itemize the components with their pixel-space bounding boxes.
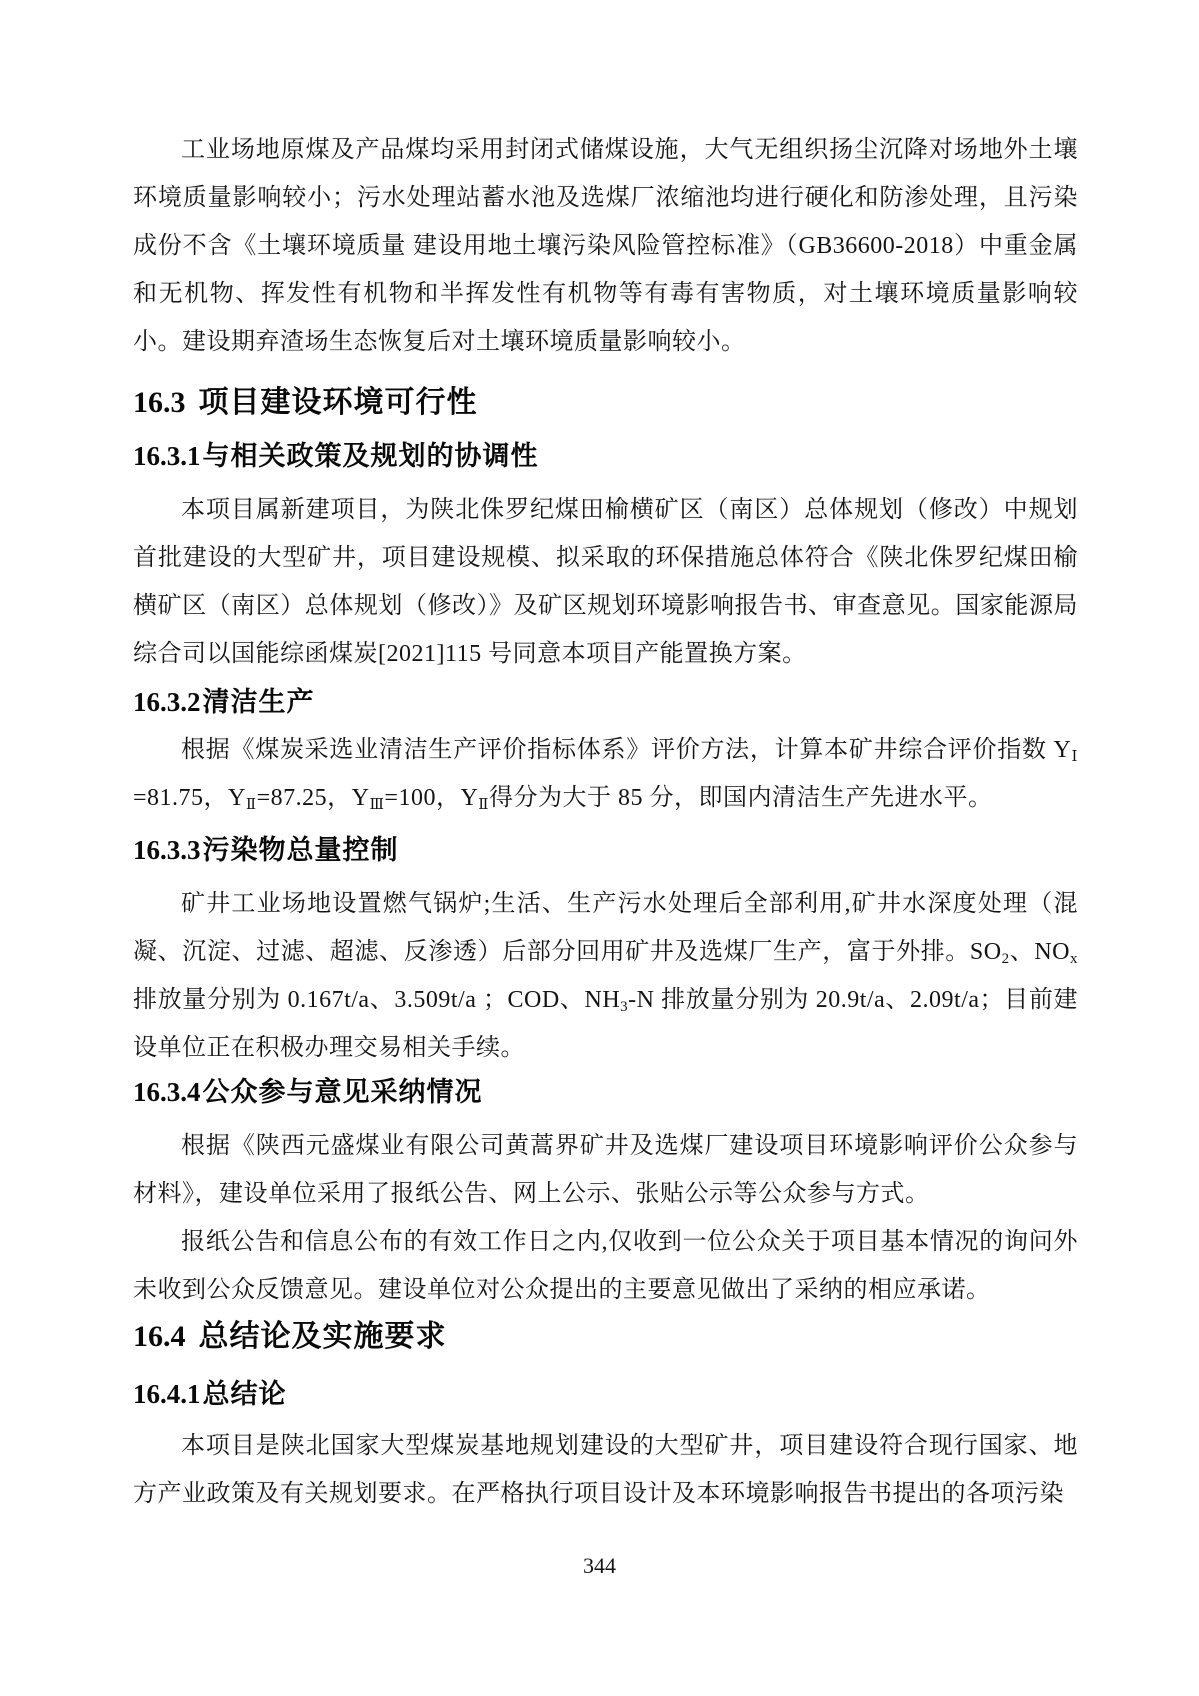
section-heading-16-3-2: 16.3.2清洁生产 <box>133 682 1078 722</box>
text-run: 得分为大于 85 分，即国内清洁生产先进水平。 <box>489 785 993 811</box>
heading-number: 16.3.3 <box>133 835 201 865</box>
section-heading-16-3-1: 16.3.1与相关政策及规划的协调性 <box>133 436 1078 476</box>
subscript-run: Ⅲ <box>369 797 384 813</box>
text-run: 排放量分别为 0.167t/a、3.509t/a ；COD、NH <box>133 987 620 1013</box>
text-run: 、NO <box>1010 939 1070 965</box>
heading-number: 16.3.2 <box>133 687 201 717</box>
heading-text: 与相关政策及规划的协调性 <box>203 441 539 471</box>
section-heading-16-3: 16.3项目建设环境可行性 <box>133 380 1078 426</box>
heading-text: 公众参与意见采纳情况 <box>203 1077 483 1107</box>
subscript-run: x <box>1070 951 1078 967</box>
text-run: =81.75，Y <box>133 785 246 811</box>
heading-number: 16.3 <box>133 386 186 419</box>
heading-text: 污染物总量控制 <box>203 835 399 865</box>
subscript-run: Ⅱ <box>246 797 257 813</box>
section-heading-16-3-3: 16.3.3污染物总量控制 <box>133 830 1078 870</box>
document-content: 工业场地原煤及产品煤均采用封闭式储煤设施，大气无组织扬尘沉降对场地外土壤环境质量… <box>133 0 1078 1518</box>
heading-number: 16.3.1 <box>133 441 201 471</box>
text-run: 矿井工业场地设置燃气锅炉;生活、生产污水处理后全部利用,矿井水深度处理（混凝、沉… <box>133 891 1078 965</box>
paragraph-overall-conclusion: 本项目是陕北国家大型煤炭基地规划建设的大型矿井，项目建设符合现行国家、地方产业政… <box>133 1422 1078 1518</box>
heading-text: 总结论 <box>203 1379 287 1409</box>
paragraph-soil-impact: 工业场地原煤及产品煤均采用封闭式储煤设施，大气无组织扬尘沉降对场地外土壤环境质量… <box>133 126 1078 366</box>
paragraph-public-feedback: 报纸公告和信息公布的有效工作日之内,仅收到一位公众关于项目基本情况的询问外未收到… <box>133 1218 1078 1314</box>
heading-number: 16.4.1 <box>133 1379 201 1409</box>
text-run: 根据《煤炭采选业清洁生产评价指标体系》评价方法，计算本矿井综合评价指数 Y <box>181 737 1071 763</box>
heading-number: 16.3.4 <box>133 1077 201 1107</box>
page-number: 344 <box>0 1552 1199 1580</box>
subscript-run: 3 <box>620 999 628 1015</box>
subscript-run: Ⅱ <box>478 797 489 813</box>
text-run: =87.25，Y <box>257 785 370 811</box>
paragraph-public-participation: 根据《陕西元盛煤业有限公司黄蒿界矿井及选煤厂建设项目环境影响评价公众参与材料》，… <box>133 1122 1078 1218</box>
paragraph-clean-production: 根据《煤炭采选业清洁生产评价指标体系》评价方法，计算本矿井综合评价指数 YⅠ=8… <box>133 726 1078 822</box>
document-page: 工业场地原煤及产品煤均采用封闭式储煤设施，大气无组织扬尘沉降对场地外土壤环境质量… <box>0 0 1199 1696</box>
section-heading-16-4-1: 16.4.1总结论 <box>133 1374 1078 1414</box>
paragraph-policy-coordination: 本项目属新建项目，为陕北侏罗纪煤田榆横矿区（南区）总体规划（修改）中规划首批建设… <box>133 486 1078 678</box>
paragraph-pollutant-total-control: 矿井工业场地设置燃气锅炉;生活、生产污水处理后全部利用,矿井水深度处理（混凝、沉… <box>133 880 1078 1072</box>
subscript-run: 2 <box>1002 951 1010 967</box>
heading-number: 16.4 <box>133 1320 186 1353</box>
section-heading-16-3-4: 16.3.4公众参与意见采纳情况 <box>133 1072 1078 1112</box>
heading-text: 总结论及实施要求 <box>199 1320 447 1353</box>
heading-text: 清洁生产 <box>203 687 315 717</box>
heading-text: 项目建设环境可行性 <box>199 386 478 419</box>
text-run: =100，Y <box>384 785 478 811</box>
section-heading-16-4: 16.4总结论及实施要求 <box>133 1314 1078 1360</box>
subscript-run: Ⅰ <box>1071 749 1078 765</box>
